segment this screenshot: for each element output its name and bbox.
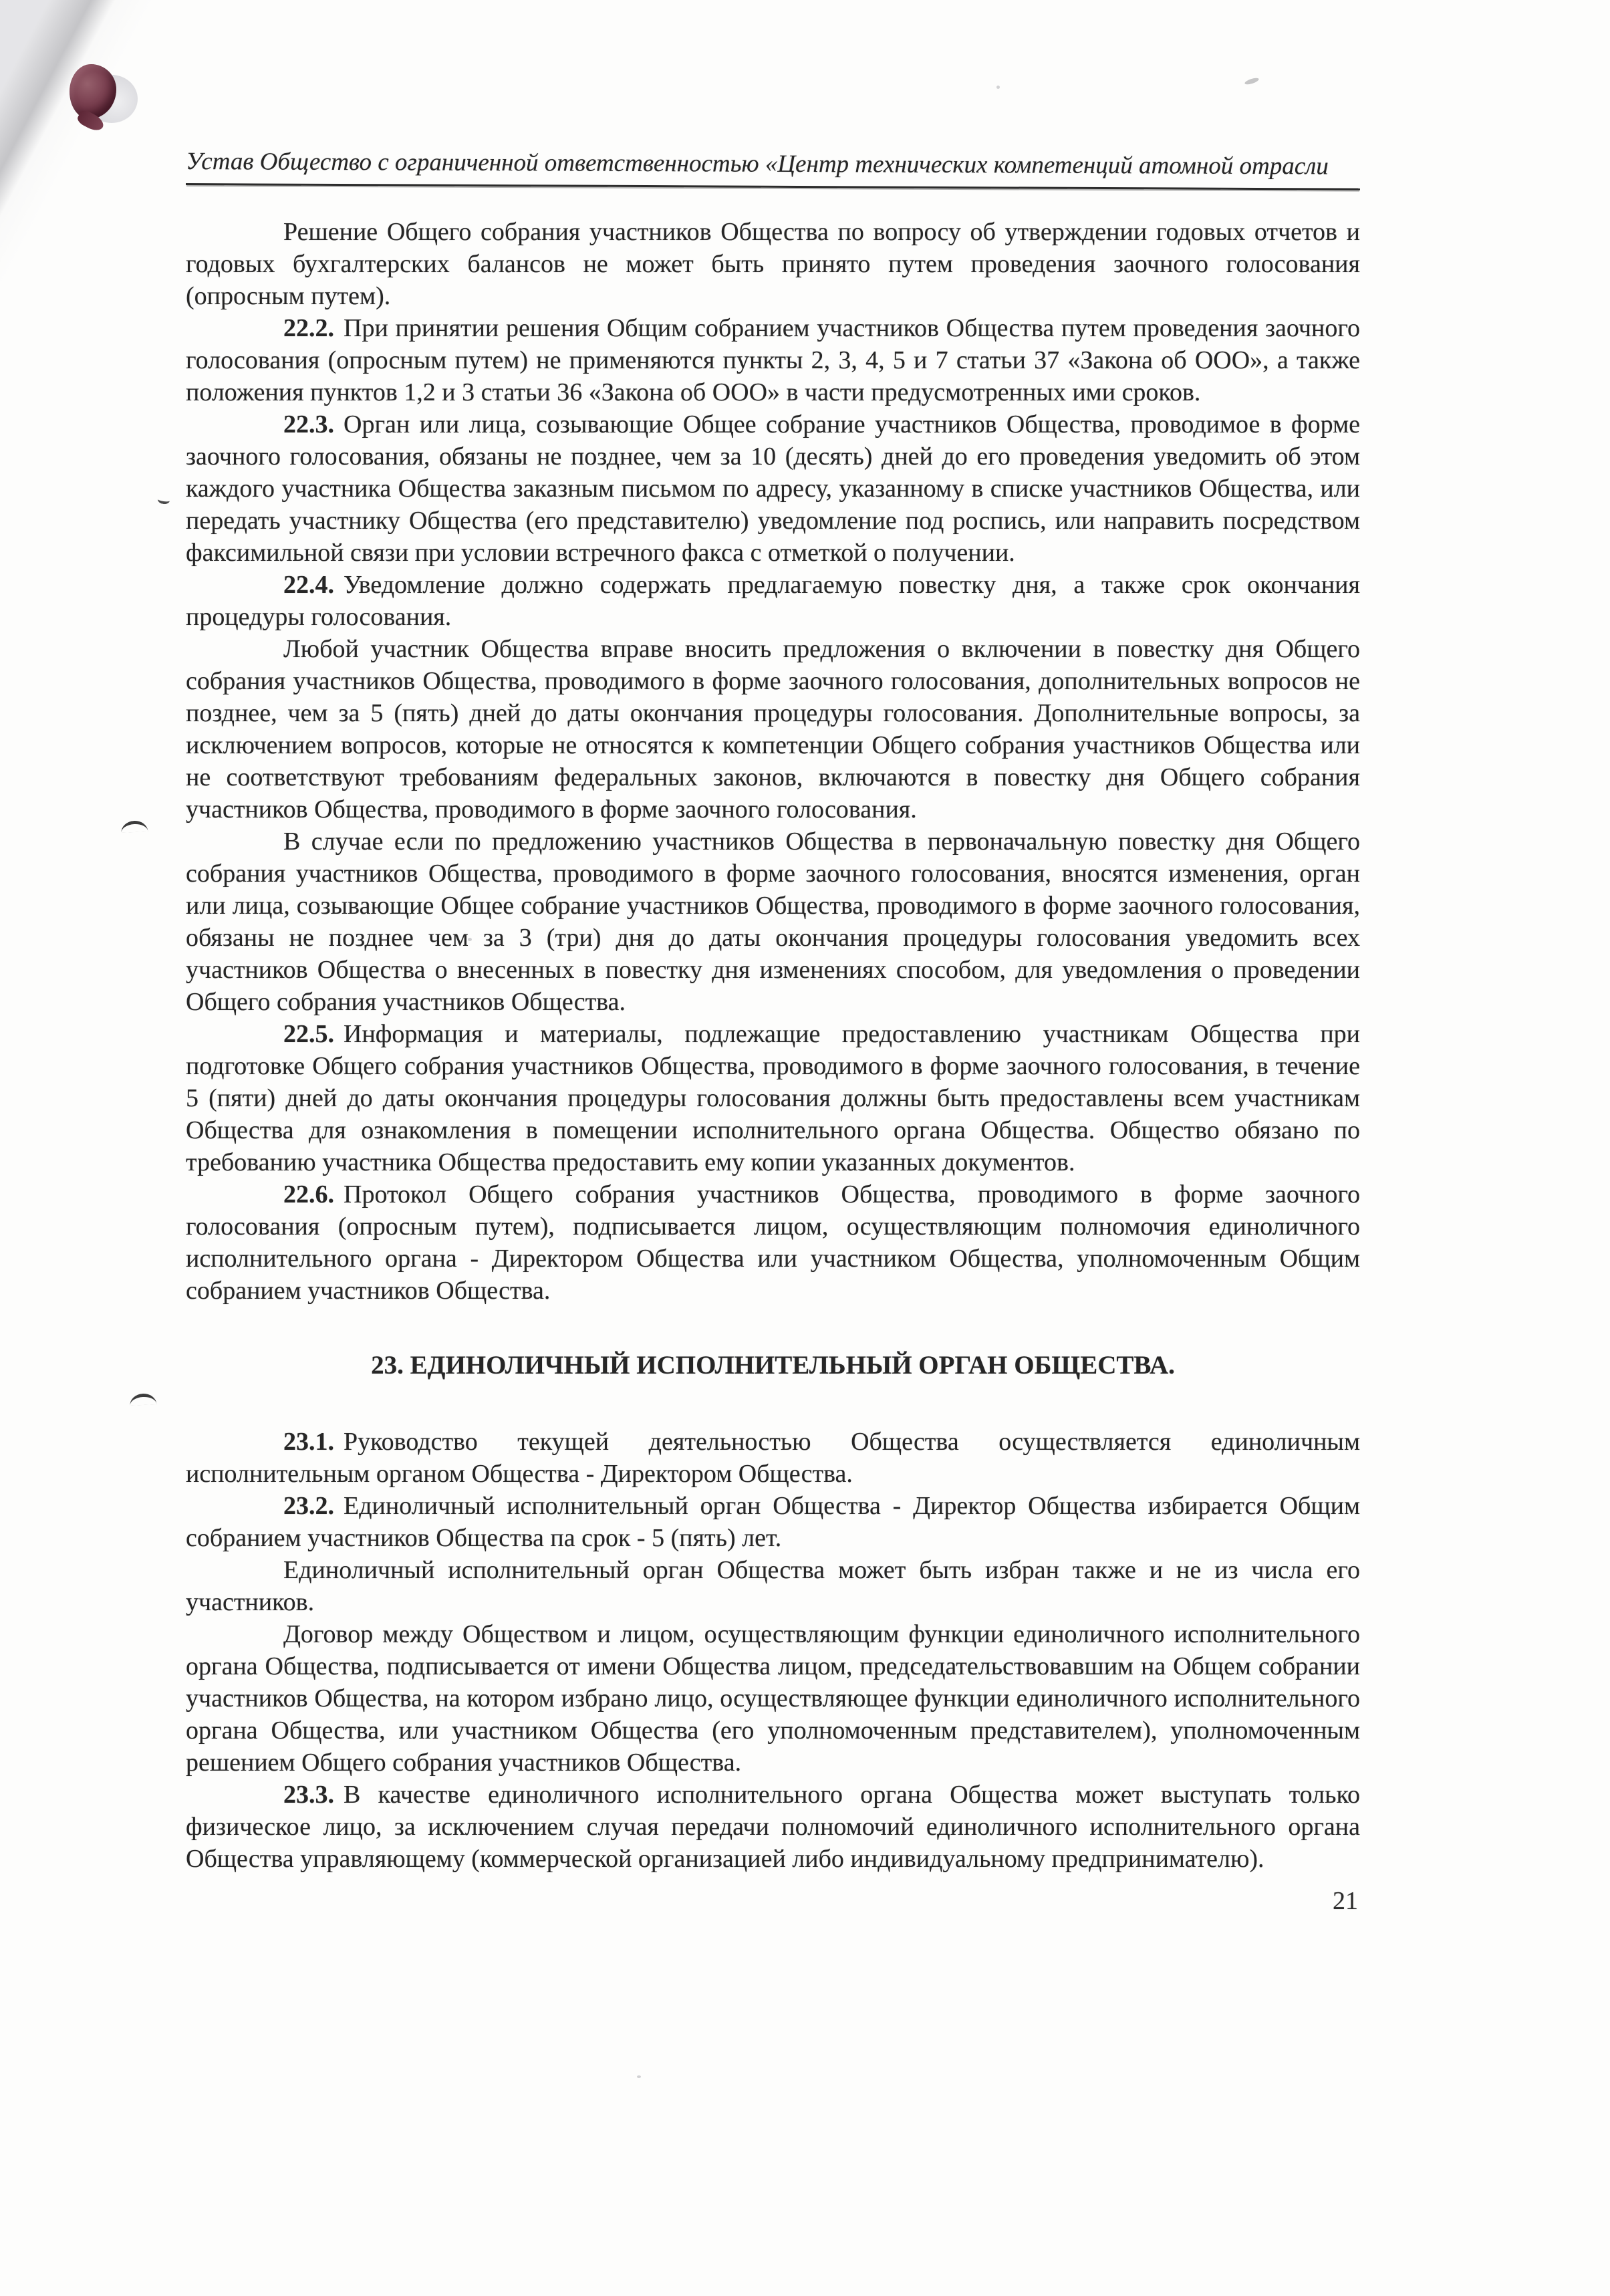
paragraph-text: В качестве единоличного исполнительного … (186, 1781, 1360, 1873)
paragraph-text: Орган или лица, созывающие Общее собрани… (186, 410, 1360, 567)
paragraph: 22.6.Протокол Общего собрания участников… (186, 1178, 1360, 1307)
clause-number: 22.3. (283, 410, 334, 438)
paragraph-text: Руководство текущей деятельностью Общест… (186, 1428, 1360, 1488)
clause-number: 22.6. (283, 1180, 334, 1208)
scan-speck (996, 86, 1000, 89)
clause-number: 22.4. (283, 571, 334, 599)
margin-pen-mark (121, 820, 148, 833)
paragraph: 23.2.Единоличный исполнительный орган Об… (186, 1490, 1360, 1554)
paragraph-text: Договор между Обществом и лицом, осущест… (186, 1620, 1360, 1777)
stray-ink-tick (157, 495, 170, 505)
paragraph: Решение Общего собрания участников Общес… (186, 216, 1360, 312)
paragraph-text: При принятии решения Общим собранием уча… (186, 314, 1360, 406)
page-number: 21 (1333, 1886, 1358, 1916)
paragraph-text: Уведомление должно содержать предлагаему… (186, 571, 1360, 631)
paragraph: 22.2.При принятии решения Общим собрание… (186, 312, 1360, 408)
paragraph: Единоличный исполнительный орган Обществ… (186, 1554, 1360, 1618)
paragraph-text: Протокол Общего собрания участников Обще… (186, 1180, 1360, 1305)
paragraph: 22.3.Орган или лица, созывающие Общее со… (186, 408, 1360, 569)
scan-speck (637, 2075, 641, 2078)
paragraph: 22.5.Информация и материалы, подлежащие … (186, 1018, 1360, 1178)
paragraph: 23.3.В качестве единоличного исполнитель… (186, 1779, 1360, 1875)
paragraph-text: Любой участник Общества вправе вносить п… (186, 635, 1360, 823)
paragraph-text: Единоличный исполнительный орган Обществ… (186, 1556, 1360, 1616)
paragraph-text: Единоличный исполнительный орган Обществ… (186, 1492, 1360, 1552)
clause-number: 22.5. (283, 1020, 334, 1048)
clause-number: 22.2. (283, 314, 334, 342)
scan-smudge (1244, 77, 1259, 86)
paragraph: Любой участник Общества вправе вносить п… (186, 633, 1360, 825)
paragraph-text: Информация и материалы, подлежащие предо… (186, 1020, 1360, 1176)
paragraph: Договор между Обществом и лицом, осущест… (186, 1618, 1360, 1779)
paragraph: 22.4.Уведомление должно содержать предла… (186, 569, 1360, 633)
clause-number: 23.1. (283, 1428, 334, 1456)
paragraph: 23.1.Руководство текущей деятельностью О… (186, 1426, 1360, 1490)
margin-pen-mark (130, 1393, 157, 1406)
section-heading: 23. ЕДИНОЛИЧНЫЙ ИСПОЛНИТЕЛЬНЫЙ ОРГАН ОБЩ… (186, 1350, 1360, 1382)
paragraph-text: Решение Общего собрания участников Общес… (186, 218, 1360, 310)
clause-number: 23.3. (283, 1781, 334, 1809)
paragraph: В случае если по предложению участников … (186, 825, 1360, 1018)
scanned-document-page: { "document": { "header": "Устав Обществ… (0, 0, 1610, 2296)
clause-number: 23.2. (283, 1492, 334, 1520)
running-header: Устав Общество с ограниченной ответствен… (186, 146, 1360, 190)
document-body: Устав Общество с ограниченной ответствен… (186, 146, 1360, 1875)
paragraph-text: В случае если по предложению участников … (186, 827, 1360, 1016)
page-corner-fold-shadow (0, 0, 200, 281)
